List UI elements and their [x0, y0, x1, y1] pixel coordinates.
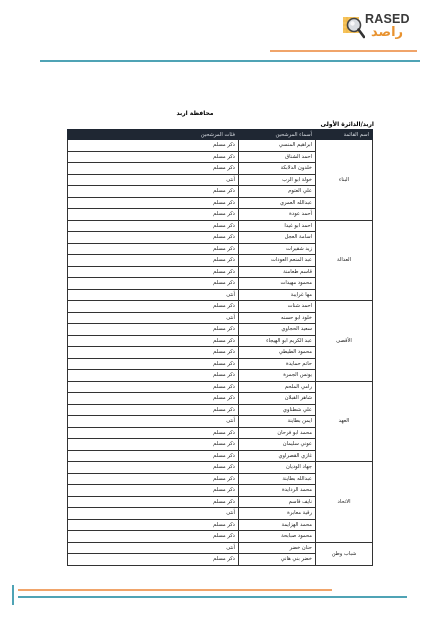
candidate-category-cell: ذكر مسلم: [68, 531, 239, 543]
footer-vertical-bar: [12, 585, 14, 605]
candidate-name-cell: حنان خضر: [239, 542, 316, 554]
candidate-category-cell: ذكر مسلم: [68, 301, 239, 313]
candidate-category-cell: ذكر مسلم: [68, 220, 239, 232]
logo-text-ar: راصد: [371, 25, 403, 40]
candidate-category-cell: ذكر مسلم: [68, 140, 239, 152]
rased-logo: RASED راصد: [343, 13, 421, 41]
header-list-name: اسم القائمة: [316, 130, 373, 140]
footer-orange-line: [18, 589, 332, 591]
candidate-name-cell: عبدالله بطاينة: [239, 473, 316, 485]
candidate-name-cell: احمد الشناق: [239, 151, 316, 163]
candidate-name-cell: رقية معابرة: [239, 508, 316, 520]
document-title: محافظة اربد: [0, 110, 440, 117]
list-name-cell: العدالة: [316, 220, 373, 301]
candidate-category-cell: ذكر مسلم: [68, 381, 239, 393]
candidate-category-cell: ذكر مسلم: [68, 450, 239, 462]
candidate-category-cell: ذكر مسلم: [68, 462, 239, 474]
candidate-name-cell: عوني سليمان: [239, 439, 316, 451]
candidate-category-cell: ذكر مسلم: [68, 186, 239, 198]
candidate-category-cell: ذكر مسلم: [68, 370, 239, 382]
candidate-name-cell: عبد الكريم ابو الهيجاء: [239, 335, 316, 347]
candidate-category-cell: ذكر مسلم: [68, 335, 239, 347]
candidate-category-cell: ذكر مسلم: [68, 255, 239, 267]
candidate-category-cell: ذكر مسلم: [68, 439, 239, 451]
candidate-name-cell: احمد ابو غيدا: [239, 220, 316, 232]
candidate-category-cell: ذكر مسلم: [68, 209, 239, 221]
candidate-category-cell: ذكر مسلم: [68, 473, 239, 485]
candidate-category-cell: أنثى: [68, 416, 239, 428]
candidate-category-cell: ذكر مسلم: [68, 243, 239, 255]
candidate-name-cell: خلدون الدلابكة: [239, 163, 316, 175]
candidate-category-cell: ذكر مسلم: [68, 324, 239, 336]
candidate-name-cell: علي العتوم: [239, 186, 316, 198]
candidate-category-cell: أنثى: [68, 289, 239, 301]
table-row: البناءابراهيم المنسيذكر مسلم: [68, 140, 373, 152]
candidate-name-cell: رامي الملحم: [239, 381, 316, 393]
candidate-category-cell: ذكر مسلم: [68, 163, 239, 175]
candidate-category-cell: أنثى: [68, 542, 239, 554]
candidate-category-cell: ذكر مسلم: [68, 232, 239, 244]
candidate-category-cell: ذكر مسلم: [68, 404, 239, 416]
candidate-name-cell: ايمن بطاينة: [239, 416, 316, 428]
candidate-name-cell: علي شطناوي: [239, 404, 316, 416]
list-name-cell: الاتحاد: [316, 462, 373, 543]
header-orange-line: [270, 50, 417, 52]
document-title-text: محافظة اربد: [176, 110, 213, 117]
candidate-name-cell: يونس الجمرة: [239, 370, 316, 382]
candidate-category-cell: أنثى: [68, 312, 239, 324]
candidate-category-cell: ذكر مسلم: [68, 427, 239, 439]
candidate-category-cell: ذكر مسلم: [68, 197, 239, 209]
candidate-category-cell: ذكر مسلم: [68, 554, 239, 566]
candidate-name-cell: ابراهيم المنسي: [239, 140, 316, 152]
candidate-name-cell: حاتم حمايدة: [239, 358, 316, 370]
candidate-category-cell: ذكر مسلم: [68, 358, 239, 370]
header-teal-line: [40, 60, 420, 62]
candidate-name-cell: سعيد الحجاوي: [239, 324, 316, 336]
candidate-category-cell: ذكر مسلم: [68, 151, 239, 163]
table-row: العدالةاحمد ابو غيداذكر مسلم: [68, 220, 373, 232]
footer-teal-line: [18, 596, 407, 598]
table-row: العهدرامي الملحمذكر مسلم: [68, 381, 373, 393]
table-row: شباب وطنحنان خضرأنثى: [68, 542, 373, 554]
candidate-category-cell: ذكر مسلم: [68, 393, 239, 405]
candidate-name-cell: محمود مهيدات: [239, 278, 316, 290]
candidate-category-cell: ذكر مسلم: [68, 519, 239, 531]
candidate-category-cell: ذكر مسلم: [68, 266, 239, 278]
candidate-name-cell: خلود ابو حسنه: [239, 312, 316, 324]
magnifier-grid-icon: [343, 14, 365, 40]
table-header-row: اسم القائمة أسماء المرشحين فئات المرشحين: [68, 130, 373, 140]
candidate-category-cell: أنثى: [68, 508, 239, 520]
candidate-name-cell: جهاد الوديان: [239, 462, 316, 474]
candidate-name-cell: محمد الردايدة: [239, 485, 316, 497]
district-subtitle: اربد/الدائرة الأولى: [321, 121, 374, 128]
candidate-name-cell: محمود الطيطي: [239, 347, 316, 359]
list-name-cell: شباب وطن: [316, 542, 373, 565]
candidate-name-cell: أحمد عودة: [239, 209, 316, 221]
candidate-name-cell: عبدالله العمري: [239, 197, 316, 209]
candidate-name-cell: محمد ابو فرحان: [239, 427, 316, 439]
candidate-name-cell: عبد المنعم العودات: [239, 255, 316, 267]
candidate-name-cell: قاسم طعامنة: [239, 266, 316, 278]
candidate-name-cell: نايف قاسم: [239, 496, 316, 508]
candidate-name-cell: محمود صبابحة: [239, 531, 316, 543]
candidate-name-cell: خولة ابو الرب: [239, 174, 316, 186]
table-row: الأقصىاحمد شناتذكر مسلم: [68, 301, 373, 313]
header-candidate-names: أسماء المرشحين: [239, 130, 316, 140]
list-name-cell: الأقصى: [316, 301, 373, 382]
list-name-cell: العهد: [316, 381, 373, 462]
table-body: البناءابراهيم المنسيذكر مسلماحمد الشناقذ…: [68, 140, 373, 566]
candidate-name-cell: مها غرايبة: [239, 289, 316, 301]
candidate-name-cell: اسامة العجل: [239, 232, 316, 244]
candidate-name-cell: خضر بني هاني: [239, 554, 316, 566]
header-candidate-categories: فئات المرشحين: [68, 130, 239, 140]
candidate-category-cell: ذكر مسلم: [68, 278, 239, 290]
candidate-name-cell: غازي القصراوي: [239, 450, 316, 462]
candidate-name-cell: شاهر القبلان: [239, 393, 316, 405]
candidates-table: اسم القائمة أسماء المرشحين فئات المرشحين…: [67, 129, 373, 566]
candidate-name-cell: زيد شقيرات: [239, 243, 316, 255]
candidate-category-cell: ذكر مسلم: [68, 496, 239, 508]
candidate-category-cell: ذكر مسلم: [68, 485, 239, 497]
candidate-name-cell: محمد الهزايمة: [239, 519, 316, 531]
table-row: الاتحادجهاد الوديانذكر مسلم: [68, 462, 373, 474]
candidate-name-cell: احمد شنات: [239, 301, 316, 313]
candidate-category-cell: ذكر مسلم: [68, 347, 239, 359]
candidate-category-cell: أنثى: [68, 174, 239, 186]
list-name-cell: البناء: [316, 140, 373, 221]
